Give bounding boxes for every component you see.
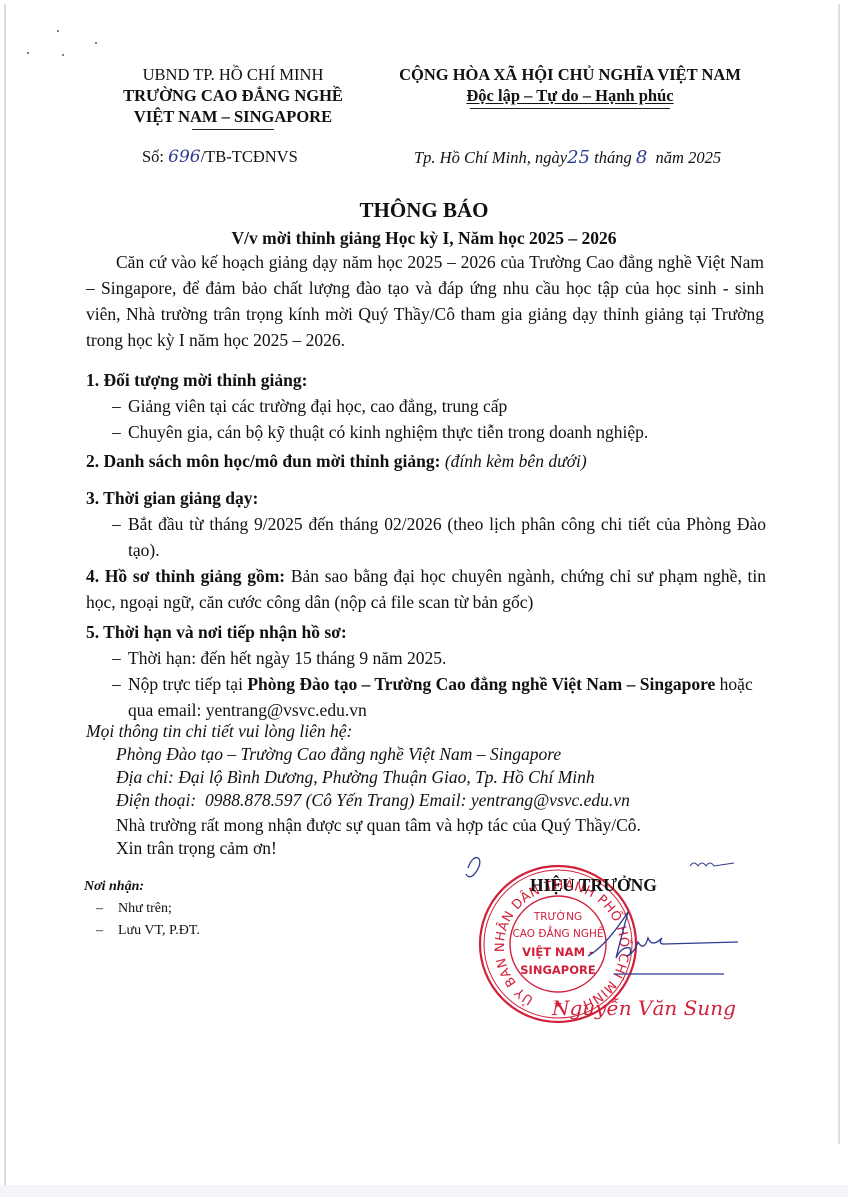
national-header: CỘNG HÒA XÃ HỘI CHỦ NGHĨA VIỆT NAM Độc l… [370, 64, 770, 109]
issuer-underline [192, 129, 274, 130]
scan-speck [95, 42, 97, 44]
dash-bullet: – [112, 393, 121, 419]
issuer-school-line1: TRƯỜNG CAO ĐẲNG NGHỀ [108, 85, 358, 106]
signatory-name: Nguyễn Văn Sung [552, 996, 736, 1020]
list-item: –Chuyên gia, cán bộ kỹ thuật có kinh ngh… [86, 419, 766, 445]
motto-underline [470, 108, 670, 109]
section-3-heading: 3. Thời gian giảng dạy: [86, 485, 766, 511]
recipients-block: Nơi nhận: –Như trên; –Lưu VT, P.ĐT. [84, 876, 200, 942]
section-5: 5. Thời hạn và nơi tiếp nhận hồ sơ: –Thờ… [86, 619, 766, 723]
signatory-title: HIỆU TRƯỞNG [530, 875, 657, 896]
scan-speck [57, 30, 59, 32]
issuer-header: UBND TP. HỒ CHÍ MINH TRƯỜNG CAO ĐẲNG NGH… [108, 64, 358, 130]
list-item-text: Bắt đầu từ tháng 9/2025 đến tháng 02/202… [128, 514, 766, 560]
closing-line-1: Nhà trường rất mong nhận được sự quan tâ… [116, 814, 776, 837]
phone-person: (Cô Yến Trang) [301, 790, 419, 810]
section-5-heading: 5. Thời hạn và nơi tiếp nhận hồ sơ: [86, 619, 766, 645]
document-date: Tp. Hồ Chí Minh, ngày25 tháng 8 năm 2025 [414, 147, 721, 168]
list-item: –Giảng viên tại các trường đại học, cao … [86, 393, 766, 419]
recipient-text: Lưu VT, P.ĐT. [118, 923, 200, 938]
dash-bullet: – [96, 898, 103, 920]
date-month: 8 [636, 147, 647, 168]
section-2-note: (đính kèm bên dưới) [440, 451, 586, 471]
dash-bullet: – [112, 511, 121, 537]
contact-office: Phòng Đào tạo – Trường Cao đẳng nghề Việ… [86, 743, 766, 766]
section-3: 3. Thời gian giảng dạy: –Bắt đầu từ thán… [86, 485, 766, 563]
document-subtitle: V/v mời thỉnh giảng Học kỳ I, Năm học 20… [0, 228, 848, 249]
contact-email-link[interactable]: yentrang@vsvc.edu.vn [471, 790, 630, 810]
recipient-item: –Như trên; [84, 898, 200, 920]
scan-edge-left [4, 4, 6, 1192]
signatory-title-text: HIỆU TRƯỞNG [530, 875, 657, 895]
doc-number-suffix: /TB-TCĐNVS [201, 147, 298, 166]
section-2-heading: 2. Danh sách môn học/mô đun mời thỉnh gi… [86, 451, 440, 471]
list-item: –Nộp trực tiếp tại Phòng Đào tạo – Trườn… [86, 671, 766, 723]
national-motto: Độc lập – Tự do – Hạnh phúc [466, 86, 673, 105]
contact-phone-line: Điện thoại: 0988.878.597 (Cô Yến Trang) … [86, 789, 766, 812]
recipient-text: Như trên; [118, 901, 172, 916]
dash-bullet: – [96, 920, 103, 942]
recipients-heading: Nơi nhận: [84, 876, 200, 898]
stamp-inner-line3: VIỆT NAM - [522, 944, 594, 959]
list-item-text: Giảng viên tại các trường đại học, cao đ… [128, 396, 507, 416]
dash-bullet: – [112, 671, 121, 697]
issuer-authority: UBND TP. HỒ CHÍ MINH [108, 64, 358, 85]
list-item: –Thời hạn: đến hết ngày 15 tháng 9 năm 2… [86, 645, 766, 671]
stamp-inner-line2: CAO ĐẲNG NGHỀ [512, 925, 603, 940]
phone-number[interactable]: 0988.878.597 [205, 790, 301, 810]
section-4-heading: 4. Hồ sơ thỉnh giảng gồm: [86, 566, 285, 586]
list-item-text: Chuyên gia, cán bộ kỹ thuật có kinh nghi… [128, 422, 648, 442]
section-1: 1. Đối tượng mời thỉnh giảng: –Giảng viê… [86, 367, 766, 445]
scan-speck [27, 52, 29, 54]
section-1-heading: 1. Đối tượng mời thỉnh giảng: [86, 367, 766, 393]
contact-block: Mọi thông tin chi tiết vui lòng liên hệ:… [86, 720, 766, 812]
submit-email-link[interactable]: yentrang@vsvc.edu.vn [206, 700, 367, 720]
scan-speck [62, 54, 64, 56]
doc-number-handwritten: 696 [168, 147, 200, 167]
document-number: Số: 696/TB-TCĐNVS [142, 147, 298, 167]
contact-address: Địa chỉ: Đại lộ Bình Dương, Phường Thuận… [86, 766, 766, 789]
phone-label: Điện thoại: [116, 790, 205, 810]
contact-lead: Mọi thông tin chi tiết vui lòng liên hệ: [86, 720, 766, 743]
list-item-text: Thời hạn: đến hết ngày 15 tháng 9 năm 20… [128, 648, 446, 668]
section-2: 2. Danh sách môn học/mô đun mời thỉnh gi… [86, 448, 766, 474]
stamp-inner-line1: TRƯỜNG [533, 910, 582, 923]
scan-edge-bottom [0, 1185, 848, 1197]
list-item: –Bắt đầu từ tháng 9/2025 đến tháng 02/20… [86, 511, 766, 563]
section-4: 4. Hồ sơ thỉnh giảng gồm: Bản sao bằng đ… [86, 563, 766, 615]
national-title: CỘNG HÒA XÃ HỘI CHỦ NGHĨA VIỆT NAM [370, 64, 770, 85]
dash-bullet: – [112, 419, 121, 445]
submit-prefix: Nộp trực tiếp tại [128, 674, 247, 694]
stamp-inner-line4: SINGAPORE [520, 963, 596, 977]
submit-office: Phòng Đào tạo – Trường Cao đẳng nghề Việ… [247, 674, 715, 694]
date-month-label: tháng [590, 148, 636, 167]
doc-number-label: Số: [142, 147, 168, 166]
issuer-school-line2: VIỆT NAM – SINGAPORE [108, 106, 358, 127]
intro-paragraph: Căn cứ vào kế hoạch giảng dạy năm học 20… [86, 249, 764, 353]
date-year: năm 2025 [647, 148, 721, 167]
document-title: THÔNG BÁO [0, 198, 848, 223]
recipient-item: –Lưu VT, P.ĐT. [84, 920, 200, 942]
email-label: Email: [419, 790, 471, 810]
scan-edge-right [838, 4, 840, 1144]
date-day: 25 [567, 147, 590, 168]
dash-bullet: – [112, 645, 121, 671]
date-place: Tp. Hồ Chí Minh, ngày [414, 148, 567, 167]
